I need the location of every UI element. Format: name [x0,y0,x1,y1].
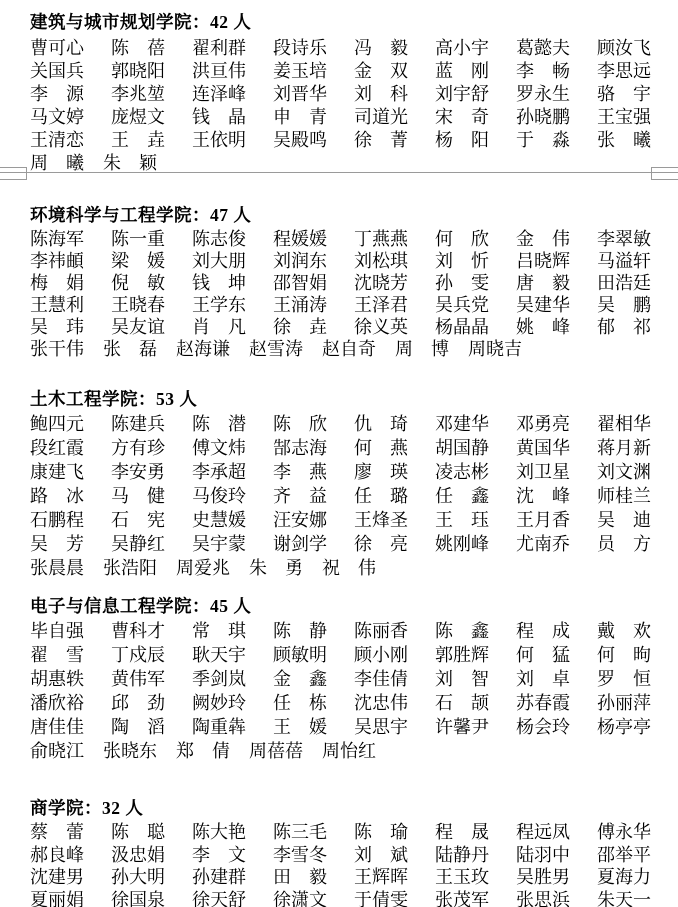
person-name: 史慧媛 [192,511,246,529]
person-name: 李祎頔 [30,252,84,270]
person-name: 陶 滔 [111,718,165,736]
person-name: 鲍四元 [30,415,84,433]
person-name: 陈大艳 [192,823,246,841]
person-name: 钱 坤 [192,274,246,292]
person-name: 程远凤 [516,823,570,841]
person-name: 杨会玲 [516,718,570,736]
person-name: 邓勇亮 [516,415,570,433]
person-name: 金 双 [354,62,408,80]
person-name: 唐佳佳 [30,718,84,736]
person-name: 李雪冬 [273,846,327,864]
person-name: 吴殿鸣 [273,131,327,149]
person-name: 刘文渊 [597,463,651,481]
person-name: 刘松琪 [354,252,408,270]
person-name: 倪 敏 [111,274,165,292]
person-name: 吴友谊 [111,318,165,336]
person-name: 李承超 [192,463,246,481]
person-name: 陈建兵 [111,415,165,433]
person-name: 孙建群 [192,868,246,886]
person-name: 翟相华 [597,415,651,433]
person-name: 沈建男 [30,868,84,886]
person-name: 张 磊 [103,340,157,358]
person-name: 廖 瑛 [354,463,408,481]
name-row: 夏丽娟徐国泉徐天舒徐潇文于倩雯张茂军张思浜朱天一 [30,889,651,907]
person-name: 王涌涛 [273,296,327,314]
person-name: 师桂兰 [597,487,651,505]
person-name: 陈丽香 [354,622,408,640]
name-row: 张晨晨张浩阳周爱兆朱 勇祝 伟 [30,556,651,580]
person-name: 金 鑫 [273,670,327,688]
person-name: 唐 毅 [516,274,570,292]
person-name: 钱 晶 [192,108,246,126]
person-name: 黄国华 [516,439,570,457]
person-name: 刘 卓 [516,670,570,688]
person-name: 祝 伟 [322,559,376,577]
person-name: 毕自强 [30,622,84,640]
person-name: 何 猛 [516,646,570,664]
name-row: 俞晓江张晓东郑 倩周蓓蓓周怡红 [30,739,651,763]
person-name: 孙丽萍 [597,694,651,712]
person-name: 许馨尹 [435,718,489,736]
person-name: 肖 凡 [192,318,246,336]
name-row: 郝良峰汲忠娟李 文李雪冬刘 斌陆静丹陆羽中邵举平 [30,844,651,867]
person-name: 王宝强 [597,108,651,126]
page-break-right-box [651,167,678,180]
person-name: 蔡 蕾 [30,823,84,841]
person-name: 朱 勇 [249,559,303,577]
person-name: 邓建华 [435,415,489,433]
person-name: 阙妙玲 [192,694,246,712]
person-name: 张晓东 [103,742,157,760]
person-name: 徐 亮 [354,535,408,553]
person-name: 孙 雯 [435,274,489,292]
person-name: 陈 聪 [111,823,165,841]
person-name: 陈 欣 [273,415,327,433]
person-name: 孙大明 [111,868,165,886]
person-name: 庞煜文 [111,108,165,126]
person-name: 郭晓阳 [111,62,165,80]
name-row: 段红霞方有珍傅文炜郜志海何 燕胡国静黄国华蒋月新 [30,436,651,460]
person-name: 周怡红 [322,742,376,760]
person-name: 杨晶晶 [435,318,489,336]
person-name: 王辉晖 [354,868,408,886]
person-name: 顾敏明 [273,646,327,664]
person-name: 李 文 [192,846,246,864]
person-name: 戴 欢 [597,622,651,640]
name-row: 唐佳佳陶 滔陶重犇王 媛吴思宇许馨尹杨会玲杨亭亭 [30,715,651,739]
person-name: 石 宪 [111,511,165,529]
person-name: 郑 倩 [176,742,230,760]
person-name: 连泽峰 [192,85,246,103]
person-name: 夏丽娟 [30,891,84,907]
person-name: 王慧利 [30,296,84,314]
person-name: 田浩廷 [597,274,651,292]
name-row: 路 冰马 健马俊玲齐 益任 璐任 鑫沈 峰师桂兰 [30,484,651,508]
person-name: 胡国静 [435,439,489,457]
person-name: 关国兵 [30,62,84,80]
person-name: 张浩阳 [103,559,157,577]
person-name: 刘 科 [354,85,408,103]
person-name: 石 颉 [435,694,489,712]
person-name: 仇 琦 [354,415,408,433]
person-name: 罗 恒 [597,670,651,688]
page-break-left-box [0,167,27,180]
person-name: 王 珏 [435,511,489,529]
person-name: 黄伟军 [111,670,165,688]
person-name: 司道光 [354,108,408,126]
person-name: 任 璐 [354,487,408,505]
name-row: 关国兵郭晓阳洪亘伟姜玉培金 双蓝 刚李 畅李思远 [30,59,651,82]
section-header: 电子与信息工程学院：45 人 [30,596,651,617]
person-name: 曹可心 [30,39,84,57]
person-name: 郝良峰 [30,846,84,864]
person-name: 王 垚 [111,131,165,149]
person-name: 何 燕 [354,439,408,457]
name-row: 石鹏程石 宪史慧媛汪安娜王烽圣王 珏王月香吴 迪 [30,508,651,532]
person-name: 段诗乐 [273,39,327,57]
person-name: 陈 鑫 [435,622,489,640]
person-name: 骆 宇 [597,85,651,103]
person-name: 赵海谦 [176,340,230,358]
person-name: 刘 智 [435,670,489,688]
page-break-line [0,172,678,173]
person-name: 翟 雪 [30,646,84,664]
person-name: 路 冰 [30,487,84,505]
person-name: 吴 鹏 [597,296,651,314]
person-name: 于倩雯 [354,891,408,907]
person-name: 蓝 刚 [435,62,489,80]
person-name: 陆羽中 [516,846,570,864]
person-name: 刘卫星 [516,463,570,481]
name-row: 王清恋王 垚王依明吴殿鸣徐 菁杨 阳于 淼张 曦 [30,128,651,151]
person-name: 马文婷 [30,108,84,126]
person-name: 邵智娟 [273,274,327,292]
person-name: 耿天宇 [192,646,246,664]
person-name: 吴 芳 [30,535,84,553]
person-name: 夏海力 [597,868,651,886]
person-name: 刘 斌 [354,846,408,864]
person-name: 吴建华 [516,296,570,314]
person-name: 陈 静 [273,622,327,640]
person-name: 陆静丹 [435,846,489,864]
person-name: 姜玉培 [273,62,327,80]
person-name: 徐 菁 [354,131,408,149]
person-name: 王依明 [192,131,246,149]
person-name: 邵举平 [597,846,651,864]
person-name: 王烽圣 [354,511,408,529]
person-name: 徐潇文 [273,891,327,907]
person-name: 周 博 [395,340,449,358]
person-name: 何 欣 [435,230,489,248]
person-name: 徐义英 [354,318,408,336]
name-row: 陈海军陈一重陈志俊程媛媛丁燕燕何 欣金 伟李翠敏 [30,228,651,250]
person-name: 李 畅 [516,62,570,80]
person-name: 李 源 [30,85,84,103]
person-name: 苏春霞 [516,694,570,712]
person-name: 洪亘伟 [192,62,246,80]
person-name: 朱天一 [597,891,651,907]
person-name: 齐 益 [273,487,327,505]
person-name: 陈海军 [30,230,84,248]
person-name: 蒋月新 [597,439,651,457]
person-name: 刘 忻 [435,252,489,270]
person-name: 吴胜男 [516,868,570,886]
name-row: 鲍四元陈建兵陈 潜陈 欣仇 琦邓建华邓勇亮翟相华 [30,412,651,436]
person-name: 梁 媛 [111,252,165,270]
person-name: 李翠敏 [597,230,651,248]
person-name: 金 伟 [516,230,570,248]
person-name: 石鹏程 [30,511,84,529]
person-name: 吴 玮 [30,318,84,336]
person-name: 傅文炜 [192,439,246,457]
person-name: 员 方 [597,535,651,553]
college-section: 环境科学与工程学院：47 人陈海军陈一重陈志俊程媛媛丁燕燕何 欣金 伟李翠敏李祎… [30,205,651,360]
person-name: 杨亭亭 [597,718,651,736]
person-name: 郁 祁 [597,318,651,336]
person-name: 王清恋 [30,131,84,149]
person-name: 陈三毛 [273,823,327,841]
section-header: 土木工程学院：53 人 [30,389,651,410]
person-name: 刘大朋 [192,252,246,270]
person-name: 郜志海 [273,439,327,457]
person-name: 冯 毅 [354,39,408,57]
person-name: 高小宇 [435,39,489,57]
person-name: 凌志彬 [435,463,489,481]
person-name: 徐国泉 [111,891,165,907]
person-name: 沈晓芳 [354,274,408,292]
name-row: 蔡 蕾陈 聪陈大艳陈三毛陈 瑜程 晟程远凤傅永华 [30,821,651,844]
person-name: 王晓春 [111,296,165,314]
person-name: 于 淼 [516,131,570,149]
person-name: 陈一重 [111,230,165,248]
person-name: 潘欣裕 [30,694,84,712]
person-name: 吴静红 [111,535,165,553]
person-name: 张晨晨 [30,559,84,577]
person-name: 丁戍辰 [111,646,165,664]
person-name: 陈 潜 [192,415,246,433]
person-name: 季剑岚 [192,670,246,688]
section-header: 环境科学与工程学院：47 人 [30,205,651,226]
person-name: 周爱兆 [176,559,230,577]
person-name: 徐 垚 [273,318,327,336]
person-name: 尤南乔 [516,535,570,553]
person-name: 常 琪 [192,622,246,640]
person-name: 康建飞 [30,463,84,481]
person-name: 郭胜辉 [435,646,489,664]
person-name: 吴宇蒙 [192,535,246,553]
person-name: 俞晓江 [30,742,84,760]
person-name: 王 媛 [273,718,327,736]
person-name: 田 毅 [273,868,327,886]
person-name: 李佳倩 [354,670,408,688]
person-name: 梅 娟 [30,274,84,292]
name-row: 胡惠轶黄伟军季剑岚金 鑫李佳倩刘 智刘 卓罗 恒 [30,667,651,691]
person-name: 宋 奇 [435,108,489,126]
person-name: 吴思宇 [354,718,408,736]
person-name: 丁燕燕 [354,230,408,248]
person-name: 汲忠娟 [111,846,165,864]
person-name: 任 鑫 [435,487,489,505]
person-name: 王月香 [516,511,570,529]
person-name: 陈 瑜 [354,823,408,841]
person-name: 王泽君 [354,296,408,314]
college-section: 商学院：32 人蔡 蕾陈 聪陈大艳陈三毛陈 瑜程 晟程远凤傅永华郝良峰汲忠娟李 … [30,798,651,907]
person-name: 刘润东 [273,252,327,270]
person-name: 姚刚峰 [435,535,489,553]
person-name: 顾小刚 [354,646,408,664]
person-name: 杨 阳 [435,131,489,149]
person-name: 李兆堃 [111,85,165,103]
person-name: 何 昫 [597,646,651,664]
person-name: 任 栋 [273,694,327,712]
college-section: 土木工程学院：53 人鲍四元陈建兵陈 潜陈 欣仇 琦邓建华邓勇亮翟相华段红霞方有… [30,389,651,580]
person-name: 顾汝飞 [597,39,651,57]
person-name: 段红霞 [30,439,84,457]
person-name: 周晓吉 [468,340,522,358]
person-name: 王玉玫 [435,868,489,886]
name-row: 沈建男孙大明孙建群田 毅王辉晖王玉玫吴胜男夏海力 [30,866,651,889]
name-row: 康建飞李安勇李承超李 燕廖 瑛凌志彬刘卫星刘文渊 [30,460,651,484]
person-name: 张茂军 [435,891,489,907]
person-name: 李 燕 [273,463,327,481]
person-name: 马溢轩 [597,252,651,270]
person-name: 李思远 [597,62,651,80]
name-row: 潘欣裕邱 劲阙妙玲任 栋沈忠伟石 颉苏春霞孙丽萍 [30,691,651,715]
college-section: 建筑与城市规划学院：42 人曹可心陈 蓓翟利群段诗乐冯 毅高小宇葛懿夫顾汝飞关国… [30,12,651,174]
person-name: 马 健 [111,487,165,505]
person-name: 姚 峰 [516,318,570,336]
person-name: 刘宇舒 [435,85,489,103]
person-name: 沈 峰 [516,487,570,505]
name-row: 李 源李兆堃连泽峰刘晋华刘 科刘宇舒罗永生骆 宇 [30,82,651,105]
name-row: 吴 玮吴友谊肖 凡徐 垚徐义英杨晶晶姚 峰郁 祁 [30,316,651,338]
name-row: 梅 娟倪 敏钱 坤邵智娟沈晓芳孙 雯唐 毅田浩廷 [30,272,651,294]
person-name: 张干伟 [30,340,84,358]
name-row: 张干伟张 磊赵海谦赵雪涛赵自奇周 博周晓吉 [30,338,651,360]
college-section: 电子与信息工程学院：45 人毕自强曹科才常 琪陈 静陈丽香陈 鑫程 成戴 欢翟 … [30,596,651,763]
person-name: 罗永生 [516,85,570,103]
person-name: 张 曦 [597,131,651,149]
person-name: 程媛媛 [273,230,327,248]
section-header: 建筑与城市规划学院：42 人 [30,12,651,33]
person-name: 程 成 [516,622,570,640]
name-row: 王慧利王晓春王学东王涌涛王泽君吴兵党吴建华吴 鹏 [30,294,651,316]
person-name: 陈 蓓 [111,39,165,57]
person-name: 申 青 [273,108,327,126]
name-row: 毕自强曹科才常 琪陈 静陈丽香陈 鑫程 成戴 欢 [30,619,651,643]
person-name: 胡惠轶 [30,670,84,688]
person-name: 吴兵党 [435,296,489,314]
person-name: 吴 迪 [597,511,651,529]
person-name: 傅永华 [597,823,651,841]
person-name: 翟利群 [192,39,246,57]
person-name: 赵雪涛 [249,340,303,358]
person-name: 王学东 [192,296,246,314]
person-name: 程 晟 [435,823,489,841]
page-break-marker [0,166,678,182]
person-name: 马俊玲 [192,487,246,505]
person-name: 葛懿夫 [516,39,570,57]
person-name: 曹科才 [111,622,165,640]
person-name: 方有珍 [111,439,165,457]
person-name: 邱 劲 [111,694,165,712]
document-page: 建筑与城市规划学院：42 人曹可心陈 蓓翟利群段诗乐冯 毅高小宇葛懿夫顾汝飞关国… [0,0,678,907]
name-row: 马文婷庞煜文钱 晶申 青司道光宋 奇孙晓鹏王宝强 [30,105,651,128]
section-header: 商学院：32 人 [30,798,651,819]
name-row: 吴 芳吴静红吴宇蒙谢剑学徐 亮姚刚峰尤南乔员 方 [30,532,651,556]
person-name: 沈忠伟 [354,694,408,712]
person-name: 李安勇 [111,463,165,481]
person-name: 徐天舒 [192,891,246,907]
person-name: 吕晓辉 [516,252,570,270]
person-name: 张思浜 [516,891,570,907]
name-row: 曹可心陈 蓓翟利群段诗乐冯 毅高小宇葛懿夫顾汝飞 [30,36,651,59]
person-name: 谢剑学 [273,535,327,553]
person-name: 周蓓蓓 [249,742,303,760]
person-name: 赵自奇 [322,340,376,358]
name-row: 李祎頔梁 媛刘大朋刘润东刘松琪刘 忻吕晓辉马溢轩 [30,250,651,272]
person-name: 刘晋华 [273,85,327,103]
person-name: 陶重犇 [192,718,246,736]
person-name: 陈志俊 [192,230,246,248]
person-name: 孙晓鹏 [516,108,570,126]
name-row: 翟 雪丁戍辰耿天宇顾敏明顾小刚郭胜辉何 猛何 昫 [30,643,651,667]
person-name: 汪安娜 [273,511,327,529]
